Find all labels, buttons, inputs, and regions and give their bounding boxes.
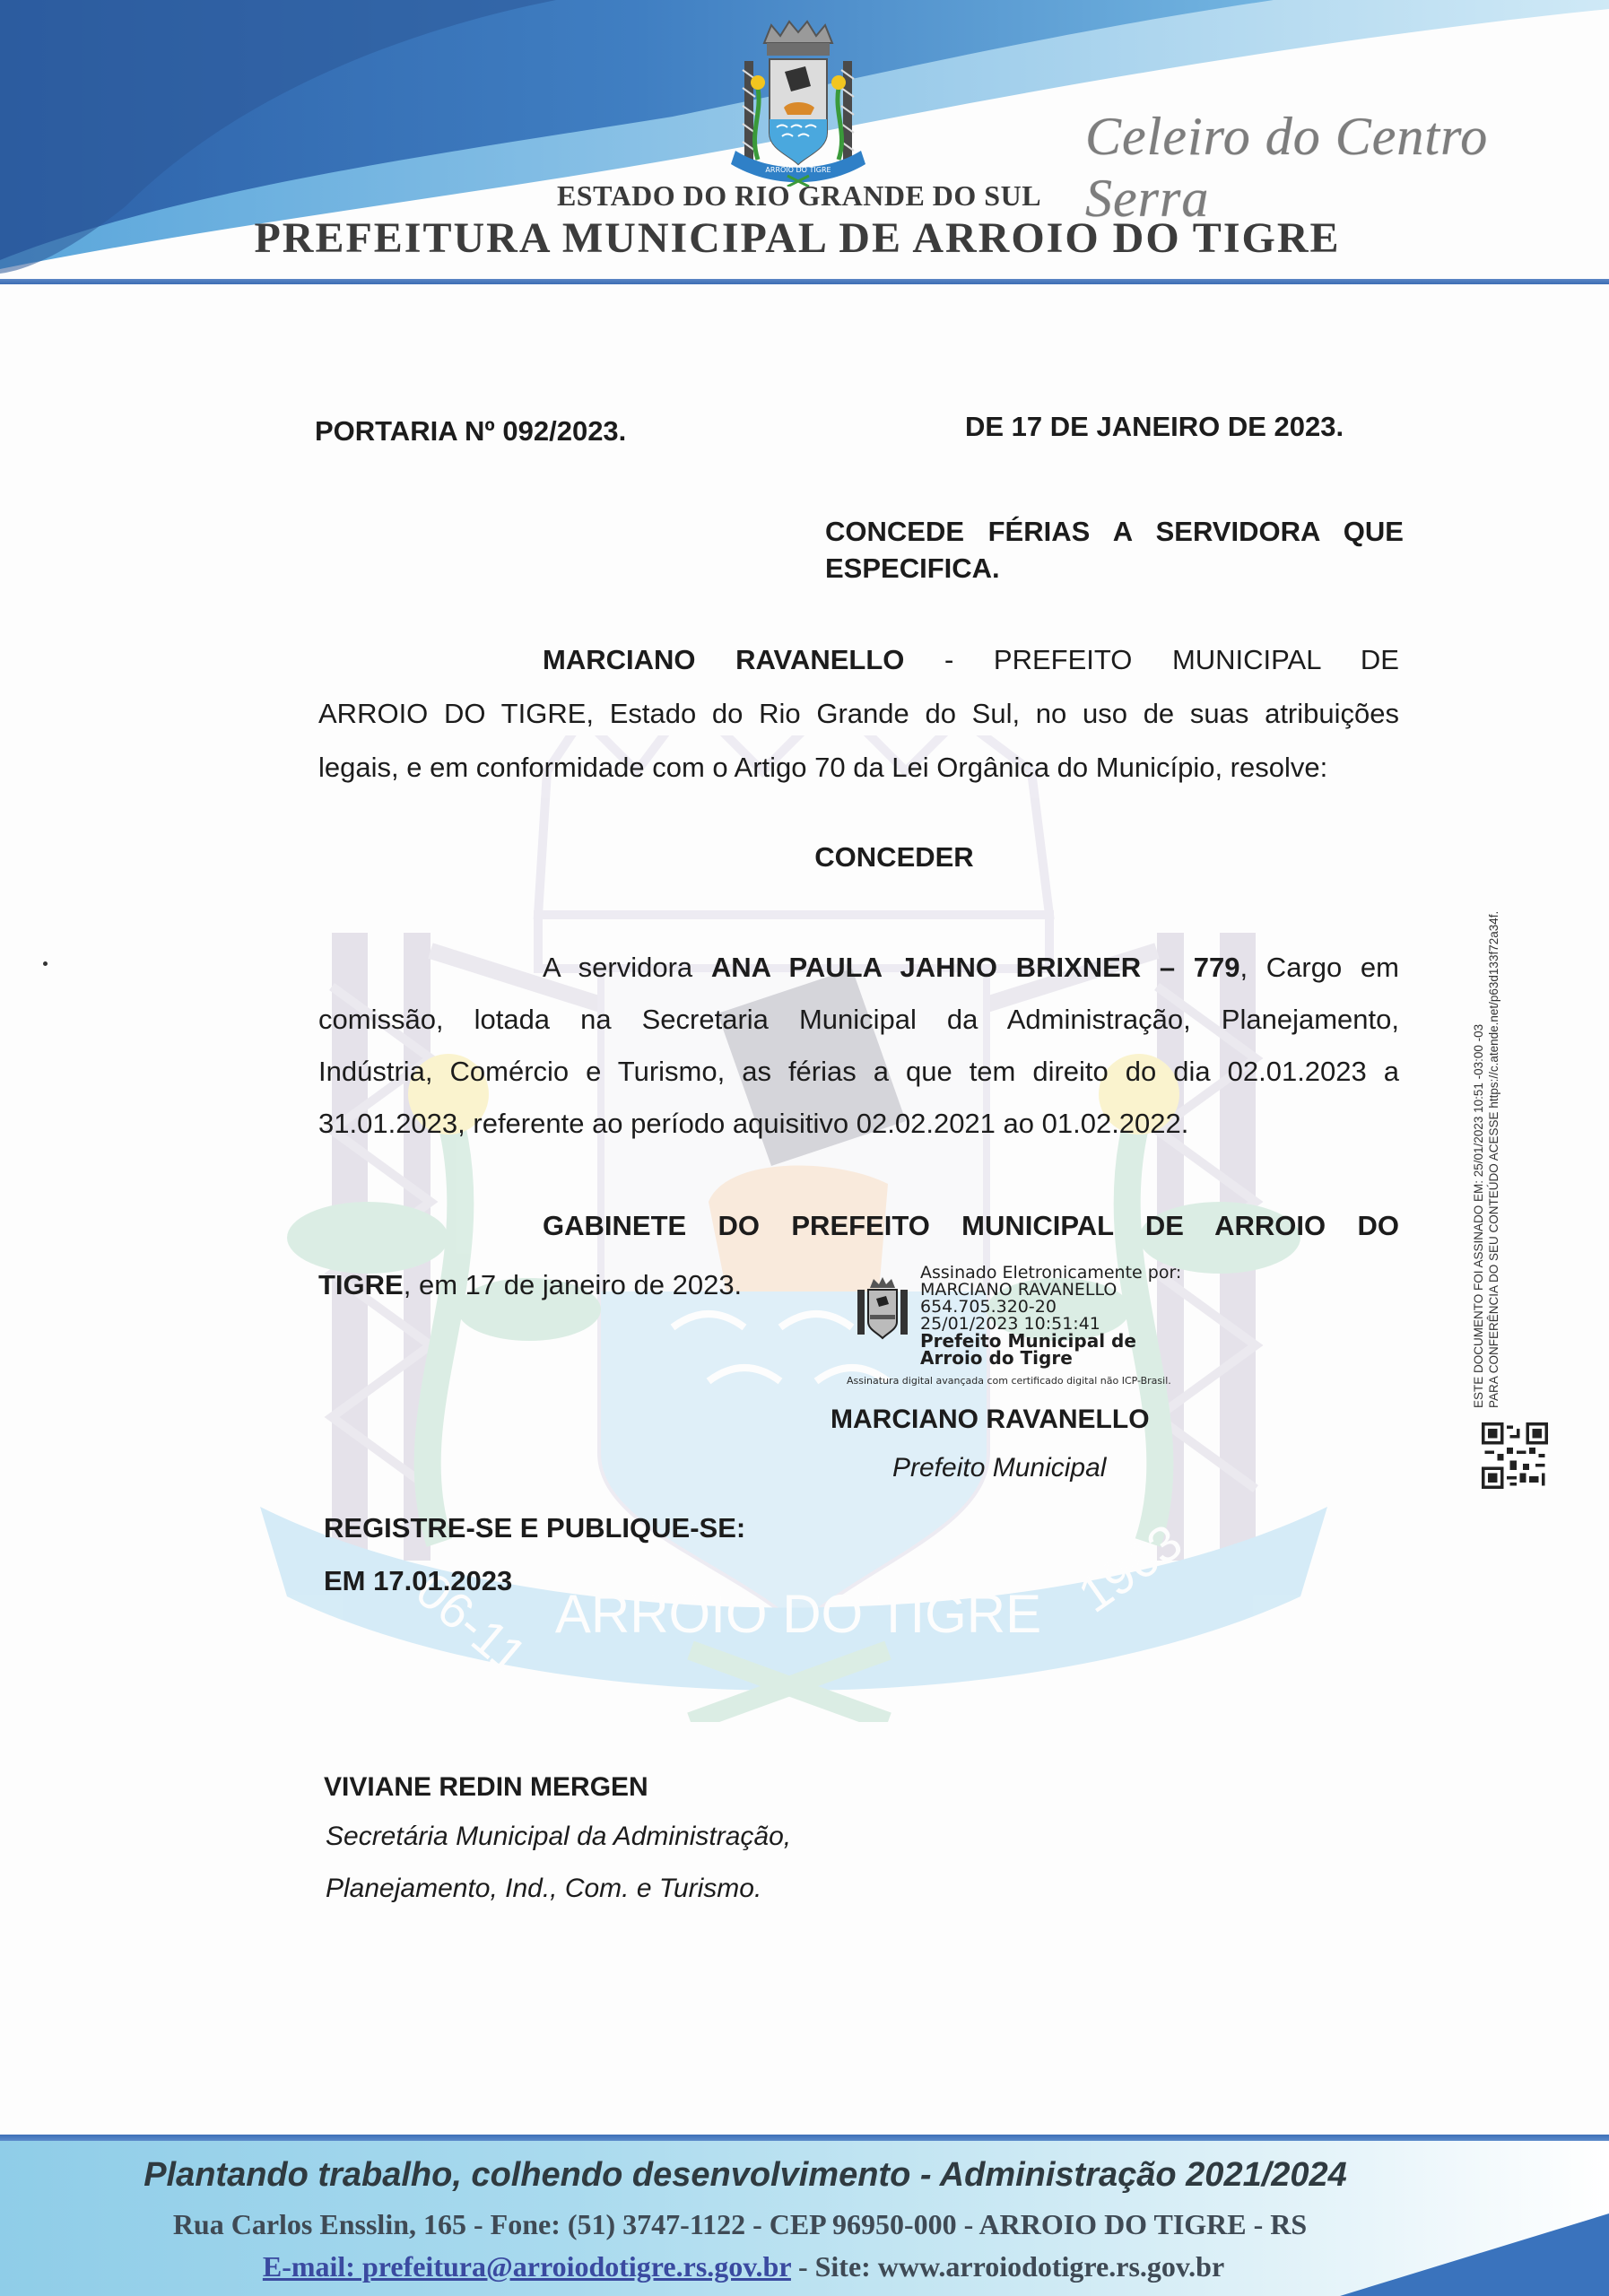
signature-certificate-note: Assinatura digital avançada com certific… bbox=[847, 1374, 1241, 1387]
signer-role: Prefeito Municipal bbox=[892, 1455, 1106, 1482]
letterhead-footer: Plantando trabalho, colhendo desenvolvim… bbox=[0, 2135, 1609, 2296]
signature-details: Assinado Eletronicamente por: MARCIANO R… bbox=[920, 1265, 1181, 1367]
email-link[interactable]: E-mail: prefeitura@arroiodotigre.rs.gov.… bbox=[263, 2250, 791, 2283]
verification-notice: ESTE DOCUMENTO FOI ASSINADO EM: 25/01/20… bbox=[1471, 798, 1501, 1408]
footer-contacts: E-mail: prefeitura@arroiodotigre.rs.gov.… bbox=[0, 2250, 1609, 2283]
secretary-name: VIVIANE REDIN MERGEN bbox=[324, 1774, 648, 1801]
publication-date: EM 17.01.2023 bbox=[324, 1567, 512, 1595]
secretary-role-line1: Secretária Municipal da Administração, bbox=[326, 1823, 791, 1850]
portaria-date: DE 17 DE JANEIRO DE 2023. bbox=[965, 413, 1344, 440]
servant-name: ANA PAULA JAHNO BRIXNER – 779 bbox=[711, 952, 1240, 983]
crest-stamp-icon bbox=[852, 1277, 913, 1342]
preamble-paragraph: MARCIANO RAVANELLO - PREFEITO MUNICIPAL … bbox=[318, 633, 1399, 795]
site-link[interactable]: Site: www.arroiodotigre.rs.gov.br bbox=[815, 2250, 1225, 2283]
secretary-role-line2: Planejamento, Ind., Com. e Turismo. bbox=[326, 1875, 761, 1902]
register-publish-label: REGISTRE-SE E PUBLIQUE-SE: bbox=[324, 1514, 745, 1542]
portaria-number: PORTARIA Nº 092/2023. bbox=[315, 417, 626, 445]
footer-divider bbox=[0, 2135, 1609, 2141]
footer-slogan: Plantando trabalho, colhendo desenvolvim… bbox=[0, 2156, 1609, 2195]
qr-code-icon[interactable] bbox=[1482, 1422, 1548, 1489]
footer-address: Rua Carlos Ensslin, 165 - Fone: (51) 374… bbox=[0, 2208, 1609, 2241]
document-body: PORTARIA Nº 092/2023. DE 17 DE JANEIRO D… bbox=[0, 0, 1609, 2296]
verification-link[interactable]: PARA CONFERÊNCIA DO SEU CONTEÚDO ACESSE … bbox=[1486, 798, 1501, 1408]
scan-speck bbox=[43, 961, 48, 966]
article-paragraph: A servidora ANA PAULA JAHNO BRIXNER – 77… bbox=[318, 942, 1399, 1150]
signer-name: MARCIANO RAVANELLO bbox=[831, 1406, 1150, 1433]
action-heading: CONCEDER bbox=[0, 843, 1609, 871]
ementa: CONCEDE FÉRIAS A SERVIDORA QUE ESPECIFIC… bbox=[825, 513, 1404, 587]
mayor-name: MARCIANO RAVANELLO bbox=[543, 644, 904, 675]
